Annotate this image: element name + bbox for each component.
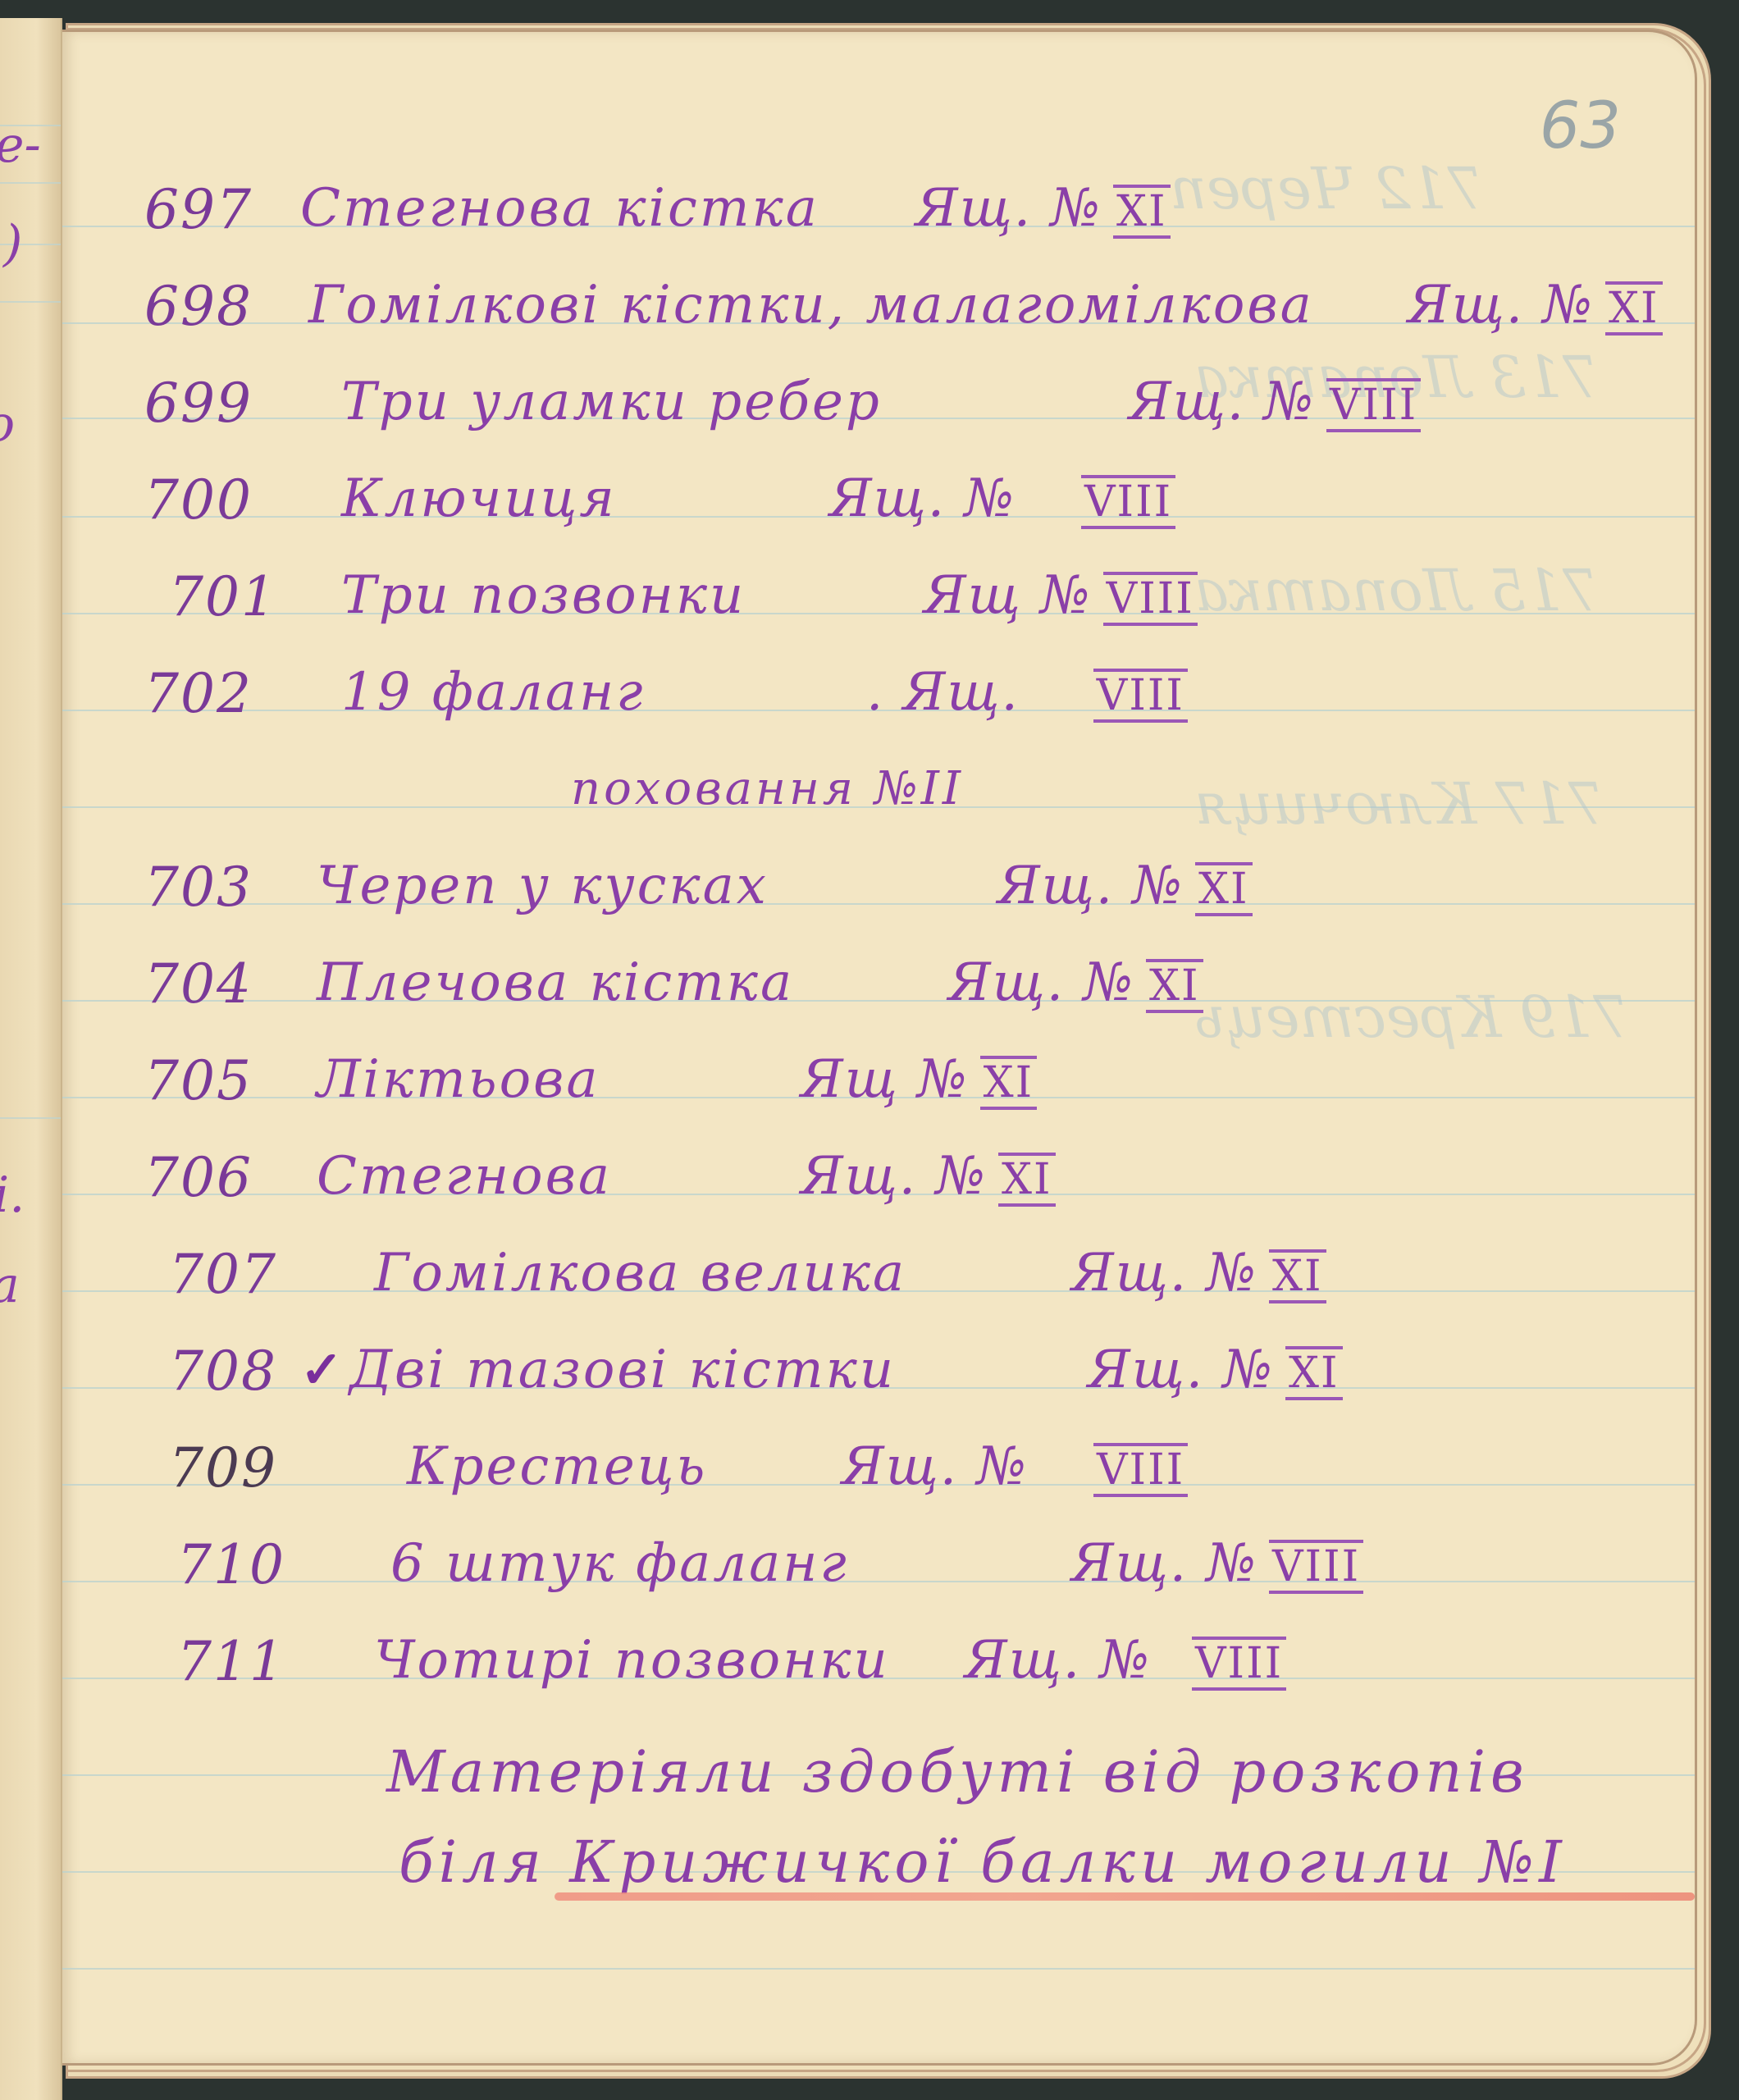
ruling-line bbox=[62, 1968, 1695, 1970]
entry-description: Стегнова кістка bbox=[300, 178, 819, 239]
entry-number: 707 bbox=[169, 1243, 277, 1306]
box-reference: Ящ. №VIII bbox=[965, 1630, 1286, 1691]
ruling-line bbox=[0, 182, 61, 184]
box-reference: Ящ. №VIII bbox=[829, 468, 1175, 529]
entry-number: 700 bbox=[144, 468, 253, 532]
inventory-entry: 702 19 фаланг . Ящ.VIII bbox=[62, 662, 1695, 752]
entry-number: 704 bbox=[144, 952, 253, 1016]
box-number: VIII bbox=[1103, 572, 1198, 626]
entry-description: Стегнова bbox=[317, 1146, 612, 1207]
left-page-fragment: е- bbox=[0, 116, 41, 174]
entry-number: 711 bbox=[177, 1630, 285, 1693]
notebook-page: 712 Череп 713 Лопатка 715 Лопатка 717 Кл… bbox=[62, 30, 1697, 2066]
inventory-entry: 705 Ліктьова Ящ №XI bbox=[62, 1049, 1695, 1139]
entry-number: 702 bbox=[144, 662, 253, 725]
entry-description: 6 штук фаланг bbox=[390, 1533, 849, 1594]
box-label: Ящ. № bbox=[1071, 1243, 1257, 1303]
box-reference: Ящ. №XI bbox=[997, 856, 1253, 916]
inventory-entry: 707 Гомілкова велика Ящ. №XI bbox=[62, 1243, 1695, 1333]
box-reference: Ящ. №VIII bbox=[1129, 372, 1421, 432]
box-number: XI bbox=[1195, 862, 1253, 916]
burial-subheading: поховання №II bbox=[571, 762, 964, 815]
entry-number: 710 bbox=[177, 1533, 285, 1596]
entry-description: Гомілкові кістки, малагомілкова bbox=[308, 275, 1314, 336]
inventory-entry: 704 Плечова кістка Ящ. №XI bbox=[62, 952, 1695, 1043]
left-page-fragment: ) bbox=[3, 215, 22, 272]
entry-description: Гомілкова велика bbox=[374, 1243, 906, 1303]
left-page-fragment: о bbox=[0, 395, 15, 453]
box-reference: . Ящ.VIII bbox=[866, 662, 1188, 723]
entry-number: 708 bbox=[169, 1340, 277, 1403]
inventory-entry: 698 Гомілкові кістки, малагомілкова Ящ. … bbox=[62, 275, 1695, 365]
inventory-entry: 710 6 штук фаланг Ящ. №VIII bbox=[62, 1533, 1695, 1623]
inventory-entry: 709 Крестець Ящ. №VIII bbox=[62, 1436, 1695, 1527]
box-number: XI bbox=[1605, 281, 1663, 336]
closing-note-line-2: біля Крижичкої балки могили №I bbox=[399, 1828, 1567, 1896]
box-label: . Ящ. bbox=[866, 662, 1020, 723]
entry-description: Череп у кусках bbox=[317, 856, 769, 916]
box-label: Ящ. № bbox=[801, 1146, 987, 1207]
inventory-entry: 699 Три уламки ребер Ящ. №VIII bbox=[62, 372, 1695, 462]
box-label: Ящ. № bbox=[842, 1436, 1028, 1497]
box-label: Ящ № bbox=[924, 565, 1092, 626]
entry-description: Ліктьова bbox=[317, 1049, 600, 1110]
bleed-through-text: 717 Ключиця bbox=[1194, 770, 1604, 838]
page-number: 63 bbox=[1540, 89, 1621, 163]
box-reference: Ящ. №XI bbox=[948, 952, 1203, 1013]
inventory-entry: 701 Три позвонки Ящ №VIII bbox=[62, 565, 1695, 655]
entry-description: Дві тазові кістки bbox=[349, 1340, 896, 1400]
box-number: VIII bbox=[1326, 378, 1421, 432]
left-page-fragment: а bbox=[0, 1257, 20, 1314]
box-reference: Ящ. №XI bbox=[1088, 1340, 1343, 1400]
box-label: Ящ. № bbox=[948, 952, 1134, 1013]
entry-description: Плечова кістка bbox=[317, 952, 794, 1013]
box-number: VIII bbox=[1081, 475, 1175, 529]
box-reference: Ящ. №XI bbox=[801, 1146, 1056, 1207]
red-pencil-underline bbox=[555, 1892, 1695, 1901]
entry-description: Чотирі позвонки bbox=[374, 1630, 890, 1691]
entry-number: 703 bbox=[144, 856, 253, 919]
box-reference: Ящ №VIII bbox=[924, 565, 1198, 626]
closing-note-line-1: Матеріяли здобуті від розкопів bbox=[386, 1738, 1529, 1806]
box-label: Ящ. № bbox=[1408, 275, 1594, 336]
entry-number: 697 bbox=[144, 178, 253, 241]
box-label: Ящ. № bbox=[1088, 1340, 1274, 1400]
entry-description: Ключиця bbox=[341, 468, 617, 529]
entry-description: 19 фаланг bbox=[341, 662, 645, 723]
box-label: Ящ. № bbox=[1071, 1533, 1257, 1594]
box-number: XI bbox=[1146, 959, 1203, 1013]
box-label: Ящ. № bbox=[997, 856, 1184, 916]
box-label: Ящ. № bbox=[915, 178, 1102, 239]
box-label: Ящ. № bbox=[965, 1630, 1151, 1691]
box-number: VIII bbox=[1192, 1637, 1286, 1691]
entry-number: 709 bbox=[169, 1436, 277, 1500]
box-label: Ящ. № bbox=[1129, 372, 1315, 432]
ruling-line bbox=[0, 1117, 61, 1119]
box-reference: Ящ №XI bbox=[801, 1049, 1037, 1110]
box-label: Ящ № bbox=[801, 1049, 969, 1110]
box-number: XI bbox=[980, 1056, 1038, 1110]
box-reference: Ящ. №VIII bbox=[842, 1436, 1188, 1497]
inventory-entry: 706 Стегнова Ящ. №XI bbox=[62, 1146, 1695, 1236]
box-number: VIII bbox=[1093, 1443, 1188, 1497]
entry-number: 698 bbox=[144, 275, 253, 338]
box-reference: Ящ. №XI bbox=[915, 178, 1171, 239]
left-facing-page: е- ) о і. а bbox=[0, 18, 62, 2100]
box-reference: Ящ. №XI bbox=[1071, 1243, 1326, 1303]
box-number: VIII bbox=[1093, 669, 1188, 723]
entry-number: 706 bbox=[144, 1146, 253, 1209]
box-label: Ящ. № bbox=[829, 468, 1016, 529]
entry-number: 701 bbox=[169, 565, 277, 628]
box-number: VIII bbox=[1269, 1540, 1363, 1594]
inventory-entry: 703 Череп у кусках Ящ. №XI bbox=[62, 856, 1695, 946]
entry-number: 699 bbox=[144, 372, 253, 435]
left-page-fragment: і. bbox=[0, 1166, 25, 1224]
inventory-entry: 697 Стегнова кістка Ящ. №XI bbox=[62, 178, 1695, 268]
entry-number: 705 bbox=[144, 1049, 253, 1112]
box-reference: Ящ. №XI bbox=[1408, 275, 1663, 336]
inventory-entry: 700 Ключиця Ящ. №VIII bbox=[62, 468, 1695, 559]
entry-description: Три уламки ребер bbox=[341, 372, 882, 432]
box-number: XI bbox=[1113, 185, 1171, 239]
box-number: XI bbox=[1269, 1249, 1326, 1303]
entry-description: Крестець bbox=[407, 1436, 707, 1497]
checkmark-icon: ✓ bbox=[300, 1340, 343, 1399]
inventory-entry: 708 ✓ Дві тазові кістки Ящ. №XI bbox=[62, 1340, 1695, 1430]
entry-description: Три позвонки bbox=[341, 565, 746, 626]
box-number: XI bbox=[998, 1153, 1056, 1207]
box-number: XI bbox=[1285, 1346, 1343, 1400]
inventory-entry: 711 Чотирі позвонки Ящ. №VIII bbox=[62, 1630, 1695, 1720]
ruling-line bbox=[0, 301, 61, 303]
box-reference: Ящ. №VIII bbox=[1071, 1533, 1363, 1594]
